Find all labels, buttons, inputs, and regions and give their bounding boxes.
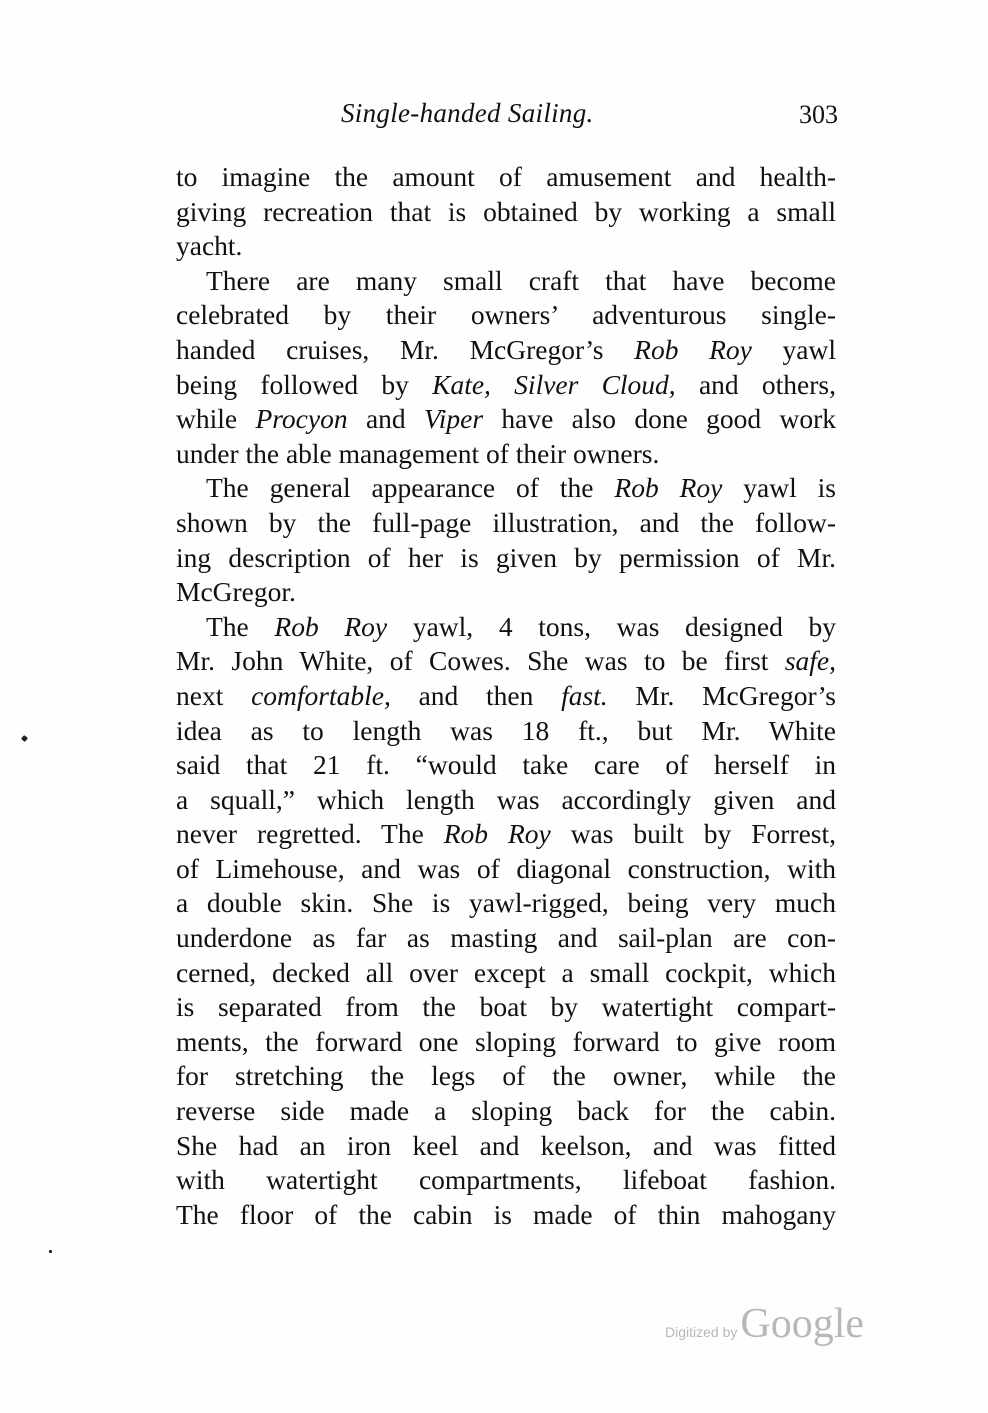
text-run: never regretted. The [176, 818, 444, 849]
text-run: yawl, 4 tons, was designed by [387, 611, 836, 642]
google-logo-text: Google [740, 1301, 864, 1347]
text-run: yawl [752, 334, 836, 365]
text-line: to imagine the amount of amusement and h… [176, 160, 836, 195]
paragraph-start-line: The Rob Roy yawl, 4 tons, was designed b… [176, 610, 836, 645]
text-line: shown by the full-page illustration, and… [176, 506, 836, 541]
running-head: Single-handed Sailing. 303 [176, 98, 838, 138]
text-line: celebrated by their owners’ adventurous … [176, 298, 836, 333]
text-run: have also done good work [483, 403, 836, 434]
text-line: for stretching the legs of the owner, wh… [176, 1059, 836, 1094]
text-line: with watertight compartments, lifeboat f… [176, 1163, 836, 1198]
italic-ship-name: Rob Roy [274, 611, 387, 642]
text-run: being followed by [176, 369, 432, 400]
body-text: to imagine the amount of amusement and h… [176, 160, 836, 1232]
italic-ship-name: Rob Roy [614, 472, 722, 503]
book-page: Single-handed Sailing. 303 to imagine th… [0, 0, 988, 1413]
text-line: while Procyon and Viper have also done g… [176, 402, 836, 437]
italic-ship-name: Rob Roy [634, 334, 752, 365]
text-line: under the able management of their owner… [176, 437, 836, 472]
text-line: ments, the forward one sloping forward t… [176, 1025, 836, 1060]
text-run: Mr. McGregor’s [608, 680, 836, 711]
text-line: She had an iron keel and keelson, and wa… [176, 1129, 836, 1164]
text-run: The [206, 611, 274, 642]
text-line: being followed by Kate, Silver Cloud, an… [176, 368, 836, 403]
scan-speck [21, 735, 28, 742]
text-line: idea as to length was 18 ft., but Mr. Wh… [176, 714, 836, 749]
text-run: and then [391, 680, 561, 711]
italic-emphasis: safe, [785, 645, 836, 676]
text-line: handed cruises, Mr. McGregor’s Rob Roy y… [176, 333, 836, 368]
italic-ship-name: Kate, Silver Cloud, [432, 369, 676, 400]
text-line: next comfortable, and then fast. Mr. McG… [176, 679, 836, 714]
italic-ship-name: Procyon [255, 403, 347, 434]
text-run: Mr. John White, of Cowes. She was to be … [176, 645, 785, 676]
italic-emphasis: fast. [561, 680, 608, 711]
text-run: next [176, 680, 251, 711]
text-line: ing description of her is given by permi… [176, 541, 836, 576]
paragraph-start-line: The general appearance of the Rob Roy ya… [176, 471, 836, 506]
text-line: McGregor. [176, 575, 836, 610]
text-line: yacht. [176, 229, 836, 264]
running-title: Single-handed Sailing. [341, 98, 594, 129]
text-line: of Limehouse, and was of diagonal constr… [176, 852, 836, 887]
page-number: 303 [799, 100, 838, 130]
text-line: cerned, decked all over except a small c… [176, 956, 836, 991]
italic-emphasis: comfortable, [251, 680, 391, 711]
text-run: and [348, 403, 424, 434]
text-line: a double skin. She is yawl-rigged, being… [176, 886, 836, 921]
text-line: reverse side made a sloping back for the… [176, 1094, 836, 1129]
italic-ship-name: Rob Roy [444, 818, 551, 849]
watermark-prefix: Digitized by [665, 1324, 737, 1340]
text-line: never regretted. The Rob Roy was built b… [176, 817, 836, 852]
text-line: underdone as far as masting and sail-pla… [176, 921, 836, 956]
text-line: said that 21 ft. “would take care of her… [176, 748, 836, 783]
text-run: while [176, 403, 255, 434]
digitized-by-google-watermark: Digitized byGoogle [665, 1300, 864, 1350]
text-run: The general appearance of the [206, 472, 614, 503]
text-line: The floor of the cabin is made of thin m… [176, 1198, 836, 1233]
text-run: yawl is [722, 472, 836, 503]
text-line: giving recreation that is obtained by wo… [176, 195, 836, 230]
text-line: a squall,” which length was accordingly … [176, 783, 836, 818]
text-line: is separated from the boat by watertight… [176, 990, 836, 1025]
scan-speck [49, 1250, 52, 1253]
text-run: handed cruises, Mr. McGregor’s [176, 334, 634, 365]
italic-ship-name: Viper [424, 403, 483, 434]
paragraph-start-line: There are many small craft that have bec… [176, 264, 836, 299]
text-run: was built by Forrest, [551, 818, 836, 849]
text-line: Mr. John White, of Cowes. She was to be … [176, 644, 836, 679]
text-run: and others, [676, 369, 836, 400]
